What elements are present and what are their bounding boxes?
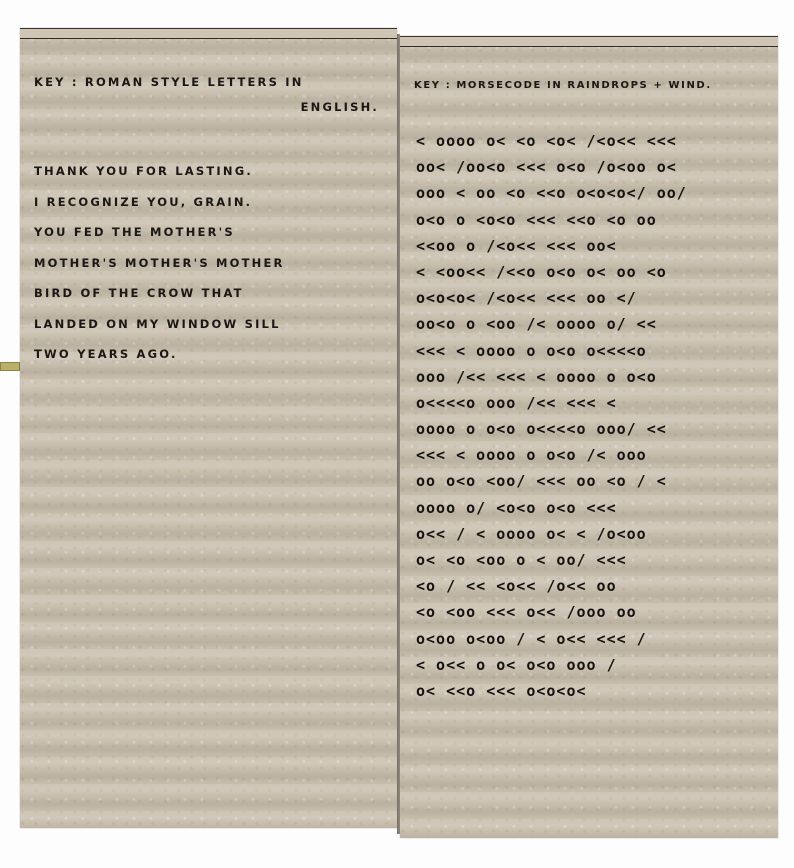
poem-text: Thank you for lasting. I recognize you, … — [34, 156, 285, 370]
morse-line: < o<< o o< o<o ooo / — [416, 652, 771, 678]
poem-line: two years ago. — [34, 339, 285, 370]
left-key-label: Key : Roman style letters in English. — [34, 70, 379, 120]
morse-line: < <oo<< /<<o o<o o< oo <o — [416, 259, 771, 285]
poem-line: mother's mother's mother — [34, 248, 285, 279]
morse-line: <<oo o /<o<< <<< oo< — [416, 233, 771, 259]
poem-line: I recognize you, Grain. — [34, 187, 285, 218]
morse-line: oooo o o<o o<<<<o ooo/ << — [416, 416, 771, 442]
morse-line: o<o o <o<o <<< <<o <o oo — [416, 207, 771, 233]
morse-line: o<<<<o ooo /<< <<< < — [416, 390, 771, 416]
poem-line: bird of the crow that — [34, 278, 285, 309]
morse-line: <o <oo <<< o<< /ooo oo — [416, 599, 771, 625]
morse-line: oo< /oo<o <<< o<o /o<oo o< — [416, 154, 771, 180]
poem-line: Thank you for lasting. — [34, 156, 285, 187]
morse-raindrop-text: < oooo o< <o <o< /<o<< <<< oo< /oo<o <<<… — [416, 128, 771, 704]
morse-line: < oooo o< <o <o< /<o<< <<< — [416, 128, 771, 154]
left-cardboard-panel: Key : Roman style letters in English. Th… — [20, 28, 397, 828]
poem-line: You fed the mother's — [34, 217, 285, 248]
olive-tab — [0, 362, 20, 371]
morse-line: <<< < oooo o o<o o<<<<o — [416, 338, 771, 364]
morse-line: o<< / < oooo o< < /o<oo — [416, 521, 771, 547]
morse-line: oo<o o <oo /< oooo o/ << — [416, 311, 771, 337]
left-key-line2: English. — [34, 95, 379, 120]
morse-line: o< <o <oo o < oo/ <<< — [416, 547, 771, 573]
poem-line: landed on my window sill — [34, 309, 285, 340]
morse-line: o<oo o<oo / < o<< <<< / — [416, 626, 771, 652]
morse-line: <<< < oooo o o<o /< ooo — [416, 442, 771, 468]
morse-line: oooo o/ <o<o o<o <<< — [416, 495, 771, 521]
right-panel-top-edge — [400, 36, 778, 47]
morse-line: <o / << <o<< /o<< oo — [416, 573, 771, 599]
morse-line: ooo /<< <<< < oooo o o<o — [416, 364, 771, 390]
morse-line: oo o<o <oo/ <<< oo <o / < — [416, 468, 771, 494]
left-key-line1: Key : Roman style letters in — [34, 75, 304, 89]
right-key-label: Key : Morsecode in Raindrops + Wind. — [414, 80, 712, 91]
right-cardboard-panel: Key : Morsecode in Raindrops + Wind. < o… — [400, 36, 778, 838]
left-panel-top-edge — [20, 28, 397, 39]
morse-line: o< <<o <<< o<o<o< — [416, 678, 771, 704]
morse-line: o<o<o< /<o<< <<< oo </ — [416, 285, 771, 311]
morse-line: ooo < oo <o <<o o<o<o</ oo/ — [416, 180, 771, 206]
